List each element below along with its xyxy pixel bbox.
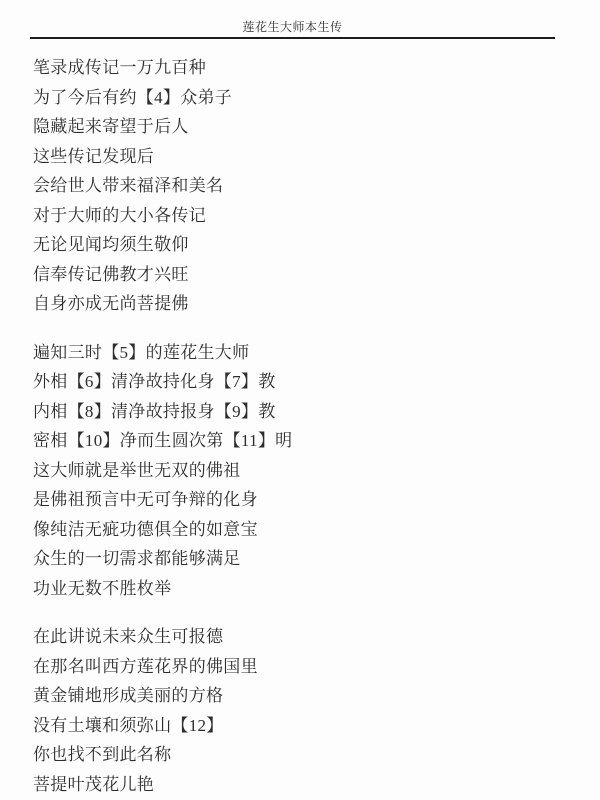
verse-line: 这大师就是举世无双的佛祖: [33, 456, 555, 486]
verse-body: 笔录成传记一万九百种为了今后有约【4】众弟子隐藏起来寄望于后人这些传记发现后会给…: [30, 53, 555, 799]
content-wrapper: 莲花生大师本生传 笔录成传记一万九百种为了今后有约【4】众弟子隐藏起来寄望于后人…: [30, 0, 555, 799]
verse-line: 为了今后有约【4】众弟子: [33, 83, 555, 113]
verse-line: 对于大师的大小各传记: [33, 201, 555, 231]
verse-line: 遍知三时【5】的莲花生大师: [33, 338, 555, 368]
verse-paragraph: 遍知三时【5】的莲花生大师外相【6】清净故持化身【7】教内相【8】清净故持报身【…: [33, 338, 555, 604]
page-header: 莲花生大师本生传: [30, 0, 555, 39]
verse-line: 密相【10】净而生圆次第【11】明: [33, 426, 555, 456]
verse-line: 众生的一切需求都能够满足: [33, 544, 555, 574]
verse-line: 内相【8】清净故持报身【9】教: [33, 397, 555, 427]
verse-line: 在那名叫西方莲花界的佛国里: [33, 652, 555, 682]
verse-line: 隐藏起来寄望于后人: [33, 112, 555, 142]
verse-line: 自身亦成无尚菩提佛: [33, 289, 555, 319]
verse-paragraph: 笔录成传记一万九百种为了今后有约【4】众弟子隐藏起来寄望于后人这些传记发现后会给…: [33, 53, 555, 319]
verse-line: 在此讲说未来众生可报德: [33, 622, 555, 652]
verse-line: 像纯洁无疵功德俱全的如意宝: [33, 515, 555, 545]
verse-line: 无论见闻均须生敬仰: [33, 230, 555, 260]
verse-line: 没有土壤和须弥山【12】: [33, 711, 555, 741]
verse-line: 这些传记发现后: [33, 142, 555, 172]
verse-line: 笔录成传记一万九百种: [33, 53, 555, 83]
verse-line: 你也找不到此名称: [33, 740, 555, 770]
verse-line: 信奉传记佛教才兴旺: [33, 260, 555, 290]
verse-line: 菩提叶茂花儿艳: [33, 770, 555, 800]
verse-line: 是佛祖预言中无可争辩的化身: [33, 485, 555, 515]
verse-line: 会给世人带来福泽和美名: [33, 171, 555, 201]
verse-line: 外相【6】清净故持化身【7】教: [33, 367, 555, 397]
page-title: 莲花生大师本生传: [30, 20, 555, 34]
verse-line: 功业无数不胜枚举: [33, 574, 555, 604]
verse-line: 黄金铺地形成美丽的方格: [33, 681, 555, 711]
document-page: 莲花生大师本生传 笔录成传记一万九百种为了今后有约【4】众弟子隐藏起来寄望于后人…: [0, 0, 600, 800]
verse-paragraph: 在此讲说未来众生可报德在那名叫西方莲花界的佛国里黄金铺地形成美丽的方格没有土壤和…: [33, 622, 555, 799]
